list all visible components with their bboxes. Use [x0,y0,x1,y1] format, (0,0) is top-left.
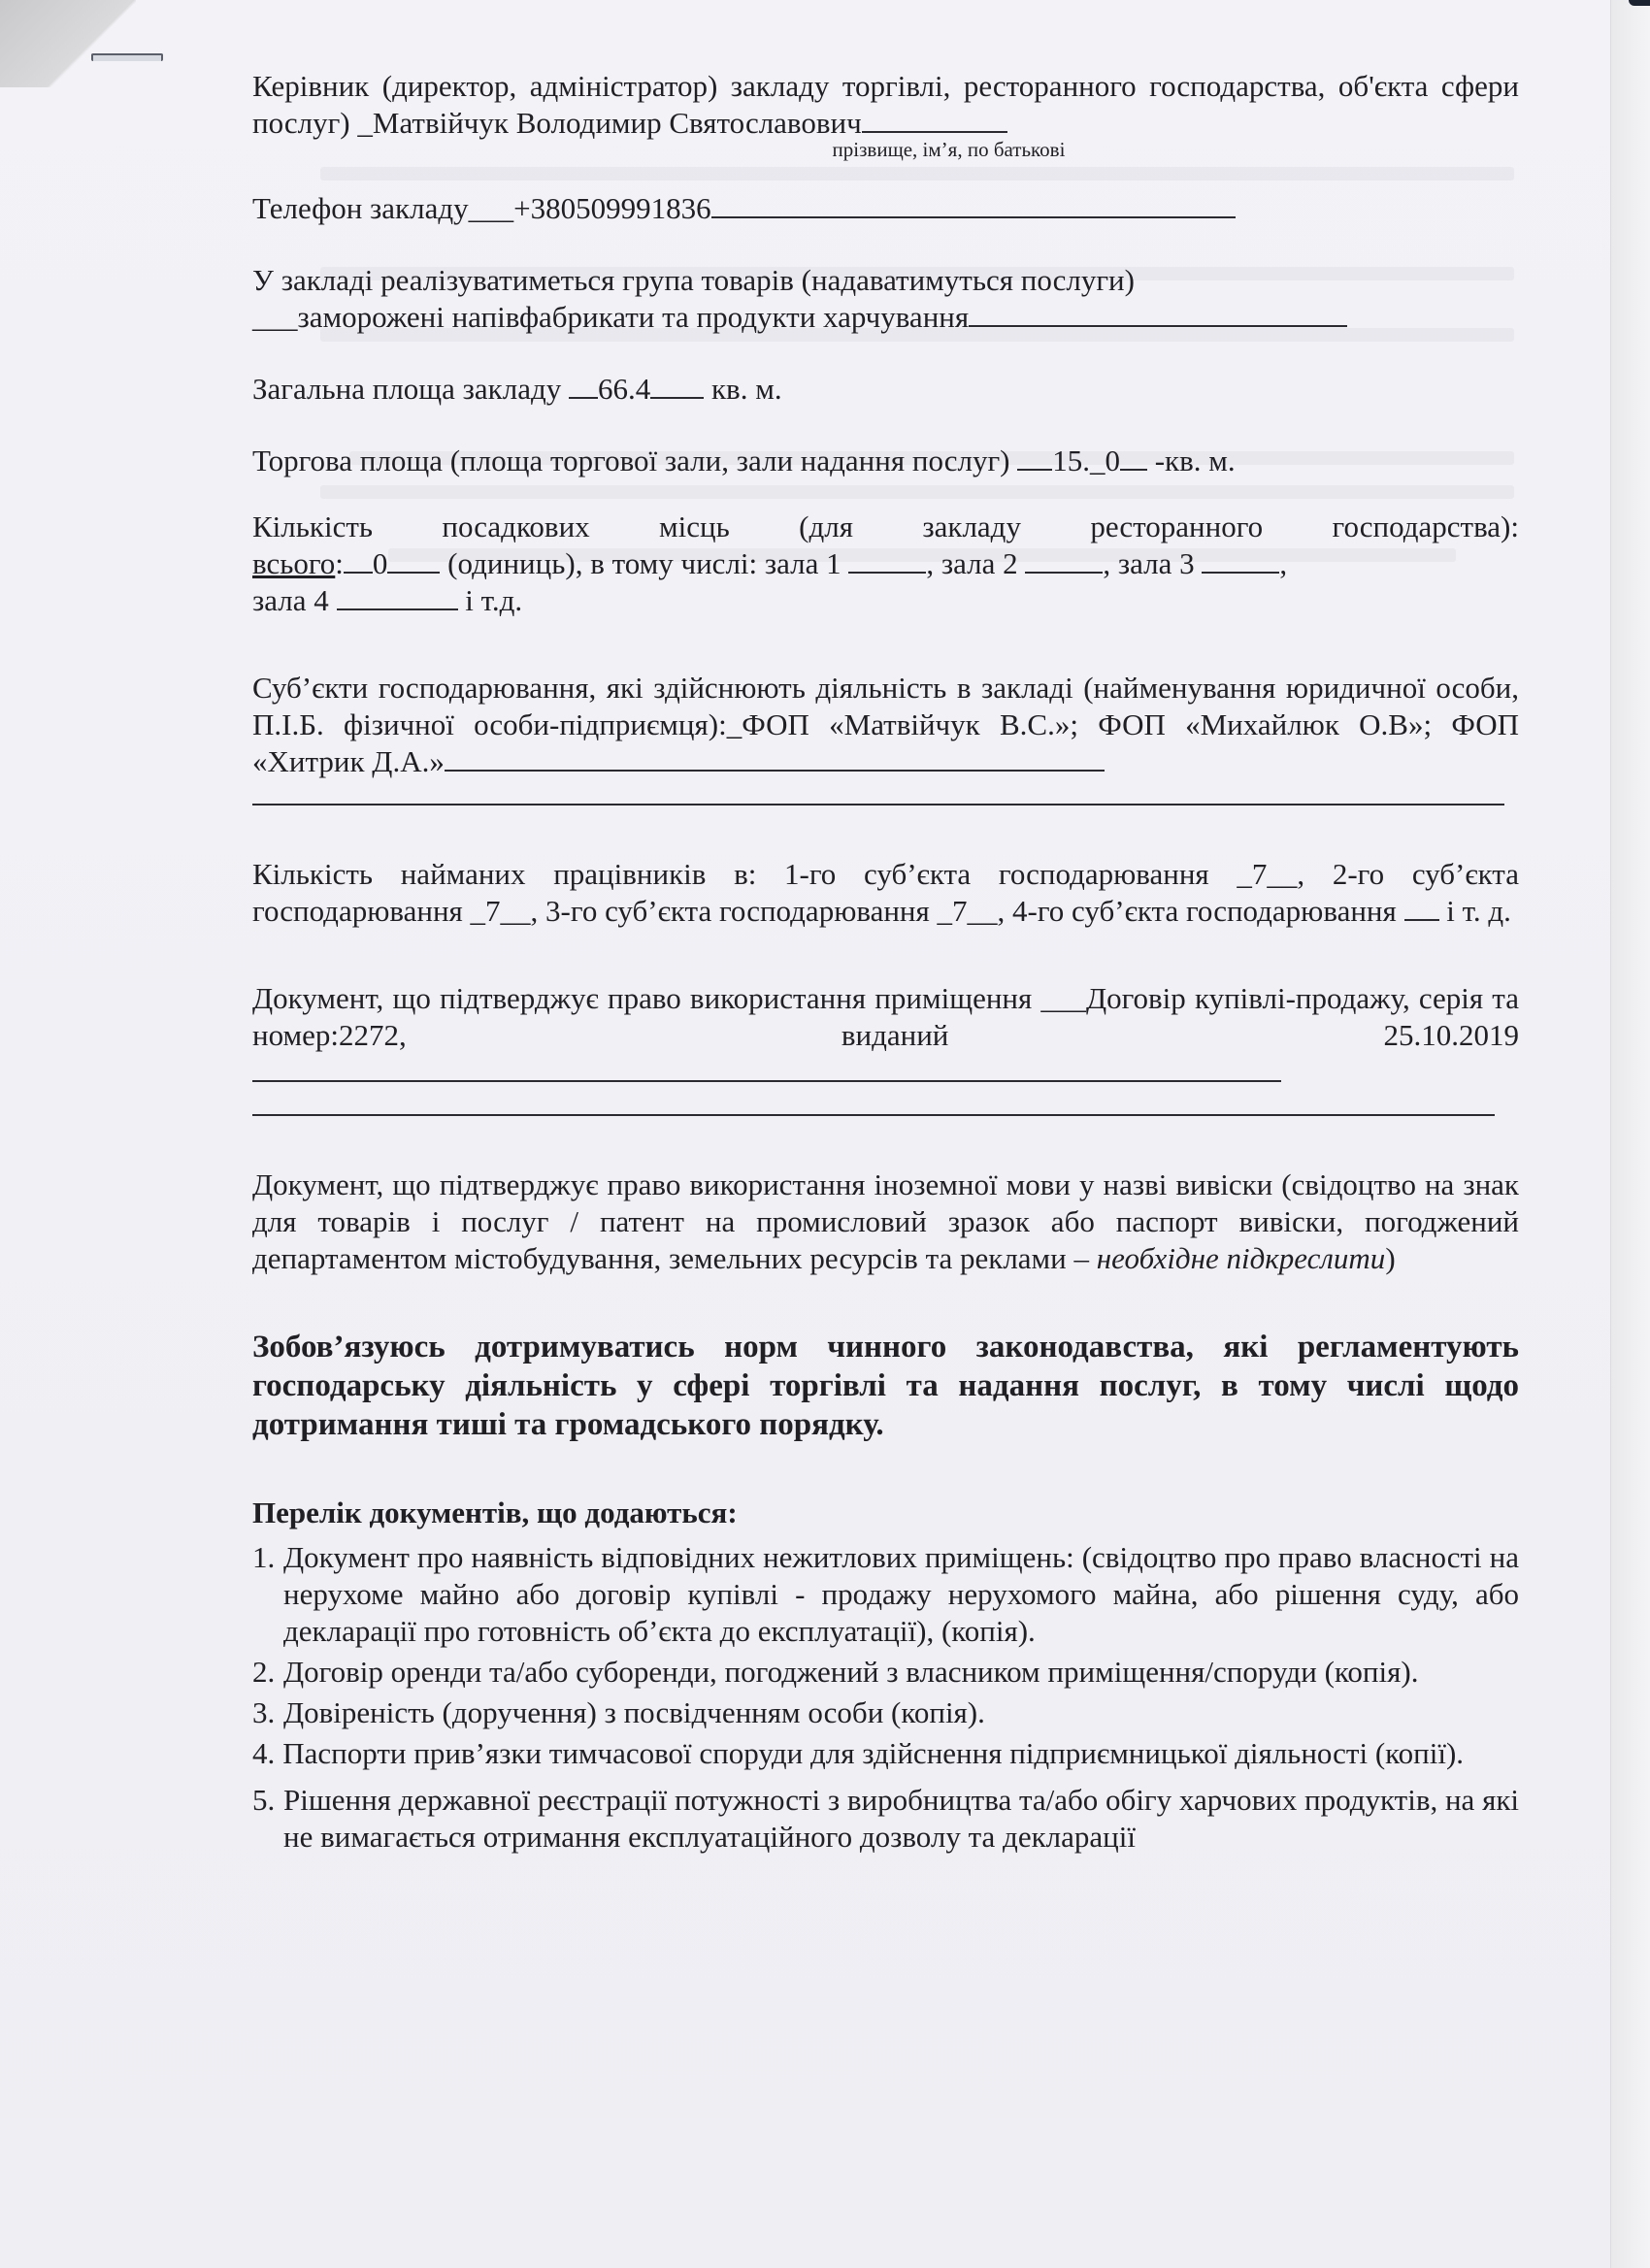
attachment-item: 1.Документ про наявність відповідних неж… [252,1539,1519,1650]
premises-doc-blank [252,1055,1281,1082]
attachments-title: Перелік документів, що додаються: [252,1495,1519,1531]
hall3-label: , зала 3 [1103,546,1194,580]
attachments-list: 1.Документ про наявність відповідних неж… [252,1539,1519,1856]
blank [1017,444,1052,471]
hall1-blank [848,546,926,574]
attachment-number: 4. [252,1736,275,1770]
phone-label: Телефон закладу___ [252,191,513,225]
entities-blank [445,744,1105,772]
trade-area-value: 15._0 [1052,444,1120,477]
goods-group-label: У закладі реалізуватиметься група товарі… [252,263,1135,297]
total-area-label: Загальна площа закладу [252,372,561,406]
hall2-blank [1025,546,1103,574]
total-area-field: Загальна площа закладу 66.4 кв. м. [252,371,1519,408]
trade-area-label: Торгова площа (площа торгової зали, зали… [252,444,1009,477]
seats-total-value: 0 [373,546,388,580]
hall4-blank [337,583,458,610]
attachment-item: 5.Рішення державної реєстрації потужност… [252,1782,1519,1856]
total-area-value: 66.4 [598,372,650,406]
attachment-text: Довіреність (доручення) з посвідченням о… [283,1695,985,1729]
phone-blank [711,191,1236,218]
employees-entity1-label: Кількість найманих працівників в: 1-го с… [252,857,1209,891]
employees-entity4-blank [1404,894,1439,921]
blank [344,546,373,574]
staple-mark [91,53,163,61]
goods-group-field: У закладі реалізуватиметься група товарі… [252,262,1519,336]
seats-field: Кількість посадкових місць (для закладу … [252,509,1519,619]
scan-edge [1610,0,1650,2268]
seats-units-text: (одиниць), в тому числі: зала 1 [447,546,841,580]
trade-area-field: Торгова площа (площа торгової зали, зали… [252,443,1519,479]
form-body: Керівник (директор, адміністратор) закла… [252,68,1519,1859]
foreign-lang-doc: Документ, що підтверджує право використа… [252,1167,1519,1277]
attachment-number: 2. [252,1654,275,1691]
seats-total-label: всього [252,546,335,580]
hall4-label: зала 4 [252,583,329,617]
entities-field: Суб’єкти господарювання, які здійснюють … [252,670,1519,780]
foreign-lang-doc-note: необхідне підкреслити [1097,1241,1386,1275]
phone-value: +380509991836 [513,191,710,225]
manager-field: Керівник (директор, адміністратор) закла… [252,68,1519,142]
attachment-text: Документ про наявність відповідних нежит… [283,1540,1519,1648]
scanned-page: Керівник (директор, адміністратор) закла… [0,0,1650,2268]
manager-blank [862,106,1007,133]
attachment-number: 1. [252,1539,275,1576]
hall3-blank [1202,546,1279,574]
employees-entity3-value: _7__ [938,894,998,928]
attachment-text: Рішення державної реєстрації потужності … [283,1783,1519,1854]
employees-field: Кількість найманих працівників в: 1-го с… [252,856,1519,930]
blank [387,546,440,574]
premises-doc-field: Документ, що підтверджує право використа… [252,980,1519,1091]
employees-entity4-label: , 4-го суб’єкта господарювання [998,894,1397,928]
attachment-item: 2.Договір оренди та/або суборенди, погод… [252,1654,1519,1691]
foreign-lang-doc-close: ) [1385,1241,1395,1275]
premises-doc-label: Документ, що підтверджує право використа… [252,981,1086,1015]
employees-entity1-value: _7__ [1237,857,1297,891]
attachment-number: 5. [252,1782,275,1819]
attachment-text: Договір оренди та/або суборенди, погодже… [283,1655,1418,1689]
blank [650,372,704,399]
commitment-statement: Зобов’язуюсь дотримуватись норм чинного … [252,1328,1519,1444]
goods-group-blank [969,300,1347,327]
trade-area-unit: -кв. м. [1155,444,1236,477]
phone-field: Телефон закладу___+380509991836 [252,190,1519,227]
employees-etc: і т. д. [1446,894,1511,928]
employees-entity3-label: , 3-го суб’єкта господарювання [531,894,930,928]
hall2-label: , зала 2 [926,546,1017,580]
attachment-item: 3.Довіреність (доручення) з посвідченням… [252,1694,1519,1731]
seats-etc: і т.д. [465,583,522,617]
attachment-number: 3. [252,1694,275,1731]
entities-extra-line [252,780,1504,805]
seats-label: Кількість посадкових місць (для закладу … [252,509,1519,545]
total-area-unit: кв. м. [711,372,782,406]
scan-shadow-corner [0,0,136,87]
employees-entity2-value: _7__ [471,894,531,928]
goods-group-prefix: ___ [252,300,298,334]
blank [569,372,598,399]
manager-value: Матвійчук Володимир Святославович [373,106,862,140]
attachment-item: 4.Паспорти прив’язки тимчасової споруди … [252,1735,1519,1772]
attachment-text: Паспорти прив’язки тимчасової споруди дл… [282,1736,1464,1770]
blank [1120,444,1147,471]
goods-group-value: заморожені напівфабрикати та продукти ха… [298,300,970,334]
premises-doc-extra-line [252,1091,1495,1116]
